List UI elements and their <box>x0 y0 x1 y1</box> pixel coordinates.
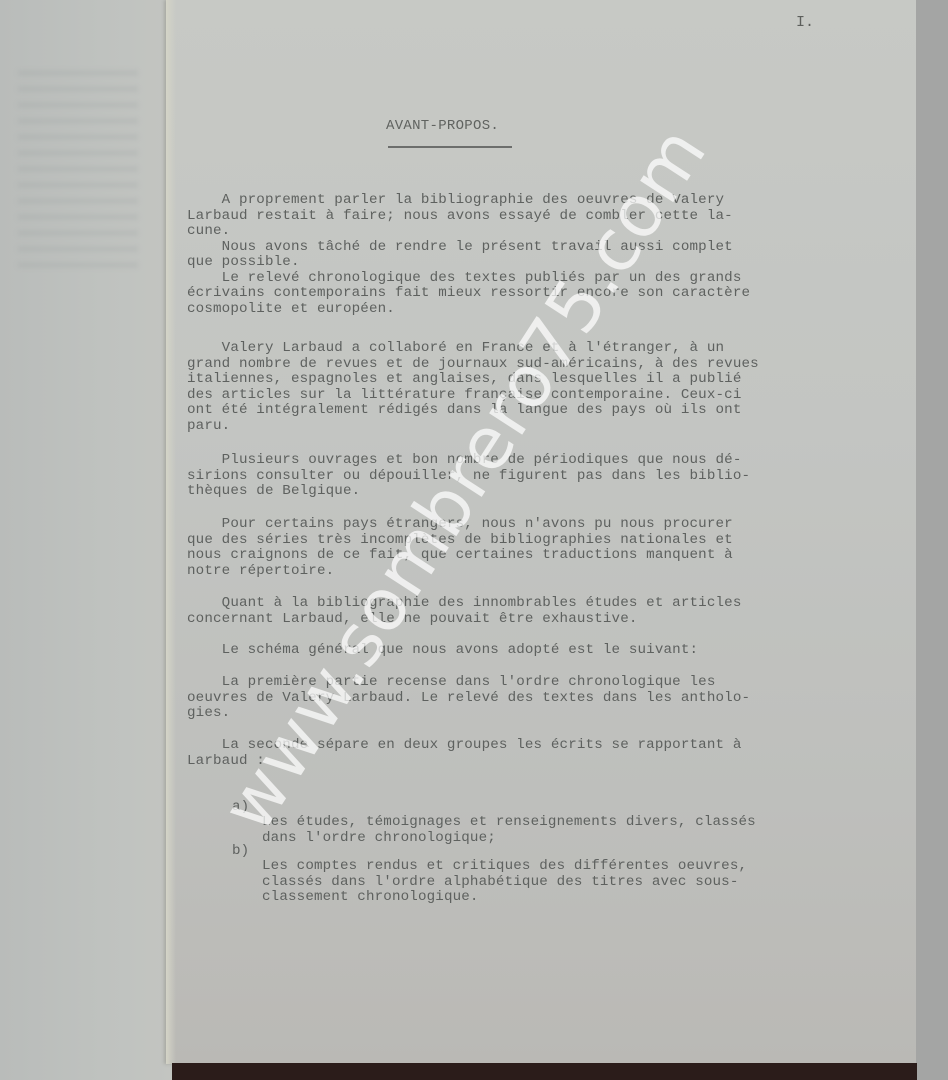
paragraph-intro: A proprement parler la bibliographie des… <box>187 193 750 317</box>
list-marker: b) <box>232 844 249 860</box>
list-item-a: a) Les études, témoignages et renseignem… <box>0 784 948 831</box>
list-text: Les comptes rendus et critiques des diff… <box>262 859 747 906</box>
list-marker: a) <box>232 800 249 816</box>
list-item-b: b) Les comptes rendus et critiques des d… <box>0 828 948 875</box>
paragraph-schema: Le schéma général que nous avons adopté … <box>187 643 698 659</box>
page-number: I. <box>796 14 814 31</box>
show-through-text <box>18 70 138 270</box>
paragraph-foreign-countries: Pour certains pays étrangers, nous n'avo… <box>187 517 733 579</box>
title-underline <box>388 146 512 148</box>
paragraph-sources: Plusieurs ouvrages et bon nombre de péri… <box>187 453 750 500</box>
paragraph-second-part: La seconde sépare en deux groupes les éc… <box>187 738 742 769</box>
paragraph-first-part: La première partie recense dans l'ordre … <box>187 675 750 722</box>
page-title: AVANT-PROPOS. <box>386 118 499 134</box>
book-cover-edge-bottom <box>172 1063 917 1080</box>
underlying-page <box>0 0 172 1080</box>
paragraph-studies: Quant à la bibliographie des innombrable… <box>187 596 742 627</box>
book-cover-edge-right <box>916 0 948 1080</box>
paragraph-collaboration: Valery Larbaud a collaboré en France et … <box>187 341 759 434</box>
